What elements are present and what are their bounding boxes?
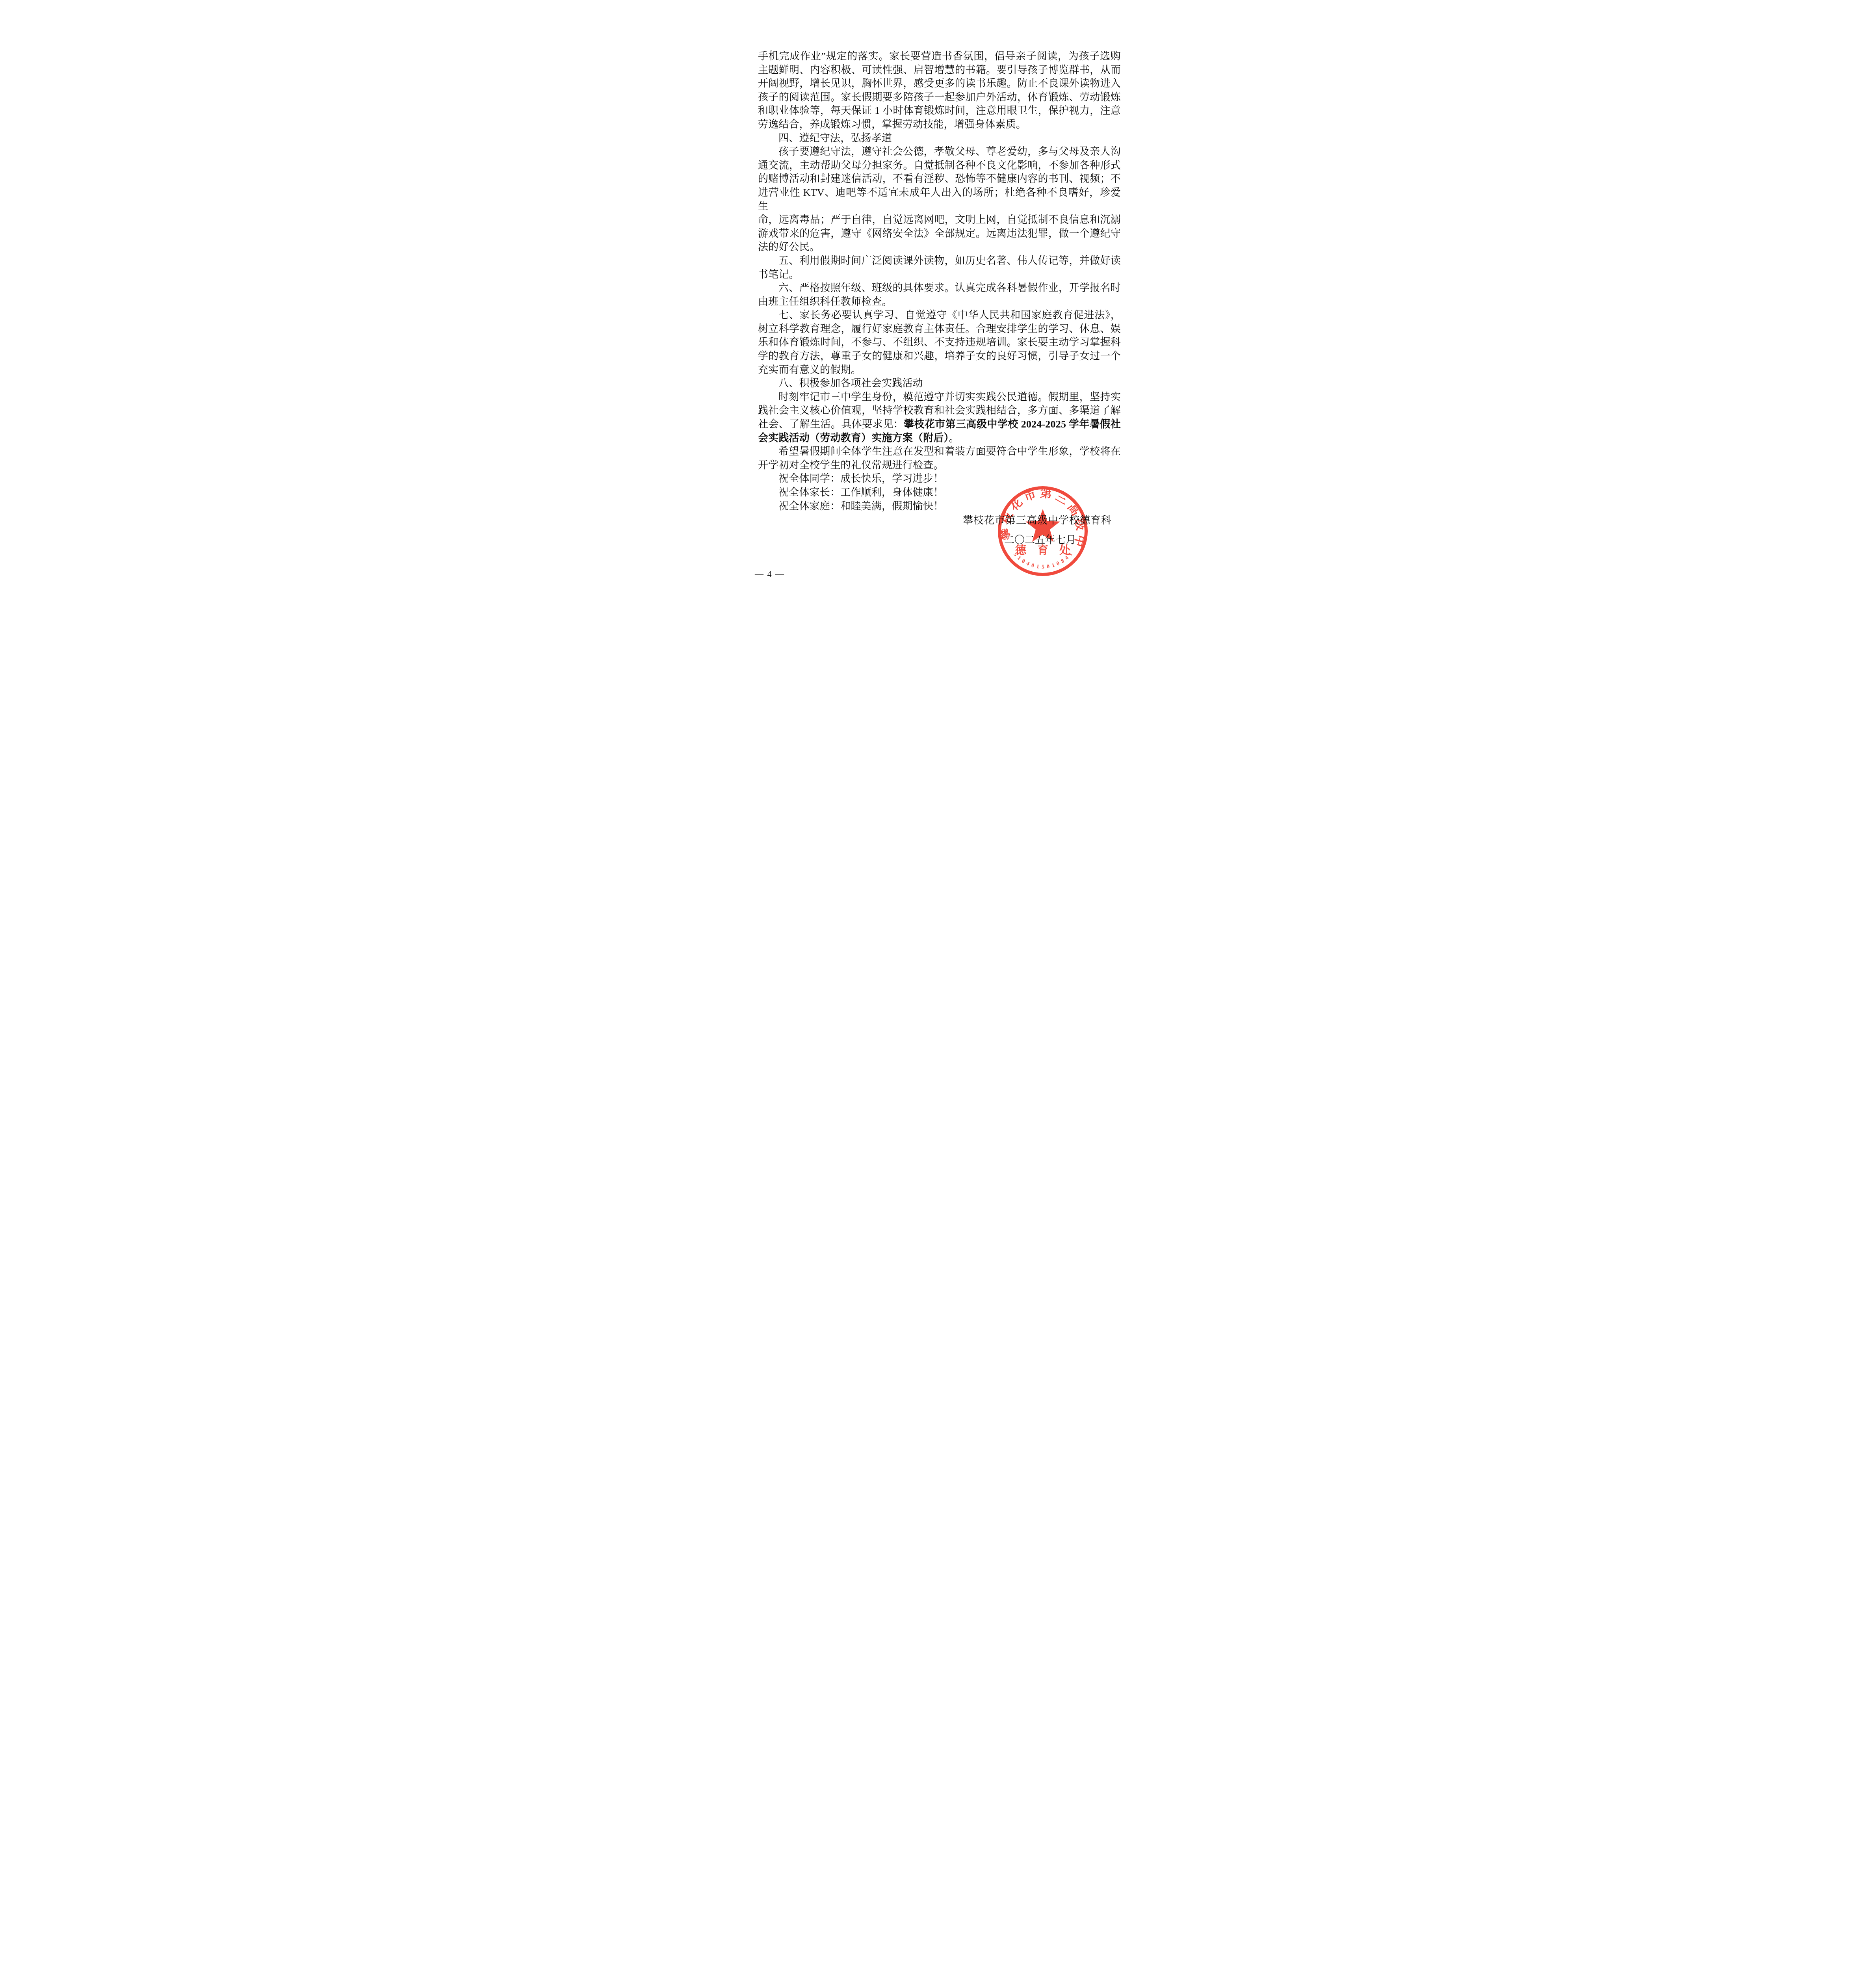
text-run: 树立科学教育理念，履行好家庭教育主体责任。合理安排学生的学习、休息、娱 (758, 323, 1121, 335)
text-line: 社会、了解生活。具体要求见：攀枝花市第三高级中学校 2024-2025 学年暑假… (758, 418, 1121, 431)
text-line: 主题鲜明、内容积极、可读性强、启智增慧的书籍。要引导孩子博览群书，从而 (758, 63, 1121, 77)
text-run: 主题鲜明、内容积极、可读性强、启智增慧的书籍。要引导孩子博览群书，从而 (758, 64, 1121, 76)
text-line: 和职业体验等，每天保证 1 小时体育锻炼时间，注意用眼卫生，保护视力，注意 (758, 104, 1121, 118)
text-line: 游戏带来的危害，遵守《网络安全法》全部规定。远离违法犯罪，做一个遵纪守 (758, 227, 1121, 241)
text-run-bold: 攀枝花市第三高级中学校 2024-2025 学年暑假社 (904, 418, 1121, 430)
text-line: 由班主任组织科任教师检查。 (758, 295, 1121, 309)
text-run: 法的好公民。 (758, 241, 820, 253)
document-page: 手机完成作业”规定的落实。家长要营造书香氛围，倡导亲子阅读，为孩子选购主题鲜明、… (721, 0, 1155, 613)
text-run: 孩子的阅读范围。家长假期要多陪孩子一起参加户外活动，体育锻炼、劳动锻炼 (758, 91, 1121, 103)
text-run: 书笔记。 (758, 269, 799, 280)
text-run: 时刻牢记市三中学生身份，模范遵守并切实实践公民道德。假期里，坚持实 (778, 391, 1121, 403)
text-run: 希望暑假期间全体学生注意在发型和着装方面要符合中学生形象，学校将在 (778, 446, 1121, 457)
text-line: 法的好公民。 (758, 240, 1121, 254)
text-line: 八、积极参加各项社会实践活动 (758, 377, 1121, 390)
text-run-bold: 会实践活动（劳动教育）实施方案（附后） (758, 432, 949, 444)
text-run: 乐和体育锻炼时间，不参与、不组织、不支持违规培训。家长要主动学习掌握科 (758, 336, 1121, 348)
page-number: — 4 — (755, 569, 785, 579)
text-line: 乐和体育锻炼时间，不参与、不组织、不支持违规培训。家长要主动学习掌握科 (758, 336, 1121, 349)
text-run: 祝全体家庭：和睦美满，假期愉快！ (778, 500, 944, 512)
text-run: 充实而有意义的假期。 (758, 364, 861, 375)
text-line: 六、严格按照年级、班级的具体要求。认真完成各科暑假作业，开学报名时 (758, 281, 1121, 295)
text-line: 希望暑假期间全体学生注意在发型和着装方面要符合中学生形象，学校将在 (758, 445, 1121, 459)
text-line: 孩子的阅读范围。家长假期要多陪孩子一起参加户外活动，体育锻炼、劳动锻炼 (758, 91, 1121, 104)
text-line: 五、利用假期时间广泛阅读课外读物，如历史名著、伟人传记等，并做好读 (758, 254, 1121, 268)
text-line: 开阔视野，增长见识，胸怀世界，感受更多的读书乐趣。防止不良课外读物进入 (758, 77, 1121, 91)
text-run: 由班主任组织科任教师检查。 (758, 296, 892, 307)
text-run: 祝全体同学：成长快乐，学习进步！ (778, 473, 944, 484)
signature-date: 二〇二五年七月 (1004, 532, 1076, 546)
official-seal-stamp: 攀枝花市第三高级中学校 德育处 5104015010841 (996, 484, 1090, 578)
text-line: 孩子要遵纪守法，遵守社会公德，孝敬父母、尊老爱幼，多与父母及亲人沟 (758, 145, 1121, 159)
text-run: 游戏带来的危害，遵守《网络安全法》全部规定。远离违法犯罪，做一个遵纪守 (758, 228, 1121, 239)
text-line: 学的教育方法，尊重子女的健康和兴趣，培养子女的良好习惯，引导子女过一个 (758, 349, 1121, 363)
text-run: 。 (949, 432, 959, 444)
text-run: 七、家长务必要认真学习、自觉遵守《中华人民共和国家庭教育促进法》， (778, 309, 1121, 321)
text-run: 手机完成作业”规定的落实。家长要营造书香氛围，倡导亲子阅读，为孩子选购 (758, 50, 1121, 62)
text-line: 通交流，主动帮助父母分担家务。自觉抵制各种不良文化影响，不参加各种形式 (758, 159, 1121, 173)
text-run: 六、严格按照年级、班级的具体要求。认真完成各科暑假作业，开学报名时 (778, 282, 1121, 294)
text-run: 孩子要遵纪守法，遵守社会公德，孝敬父母、尊老爱幼，多与父母及亲人沟 (778, 146, 1121, 157)
text-run: 祝全体家长：工作顺利，身体健康！ (778, 487, 944, 498)
text-run: 通交流，主动帮助父母分担家务。自觉抵制各种不良文化影响，不参加各种形式 (758, 160, 1121, 171)
text-line: 四、遵纪守法，弘扬孝道 (758, 132, 1121, 145)
text-run: 和职业体验等，每天保证 1 小时体育锻炼时间，注意用眼卫生，保护视力，注意 (758, 105, 1121, 116)
text-run: 社会、了解生活。具体要求见： (758, 418, 904, 430)
text-run: 五、利用假期时间广泛阅读课外读物，如历史名著、伟人传记等，并做好读 (778, 255, 1121, 266)
text-run: 四、遵纪守法，弘扬孝道 (778, 132, 892, 144)
text-line: 命，远离毒品；严于自律，自觉远离网吧，文明上网，自觉抵制不良信息和沉溺 (758, 213, 1121, 227)
text-line: 进营业性 KTV、迪吧等不适宜未成年人出入的场所；杜绝各种不良嗜好，珍爱生 (758, 186, 1121, 213)
text-run: 开学初对全校学生的礼仪常规进行检查。 (758, 459, 944, 471)
text-run: 劳逸结合，养成锻炼习惯，掌握劳动技能，增强身体素质。 (758, 119, 1026, 130)
text-line: 七、家长务必要认真学习、自觉遵守《中华人民共和国家庭教育促进法》， (758, 309, 1121, 322)
text-line: 劳逸结合，养成锻炼习惯，掌握劳动技能，增强身体素质。 (758, 118, 1121, 132)
text-line: 的赌博活动和封建迷信活动，不看有淫秽、恐怖等不健康内容的书刊、视频；不 (758, 172, 1121, 186)
text-line: 树立科学教育理念，履行好家庭教育主体责任。合理安排学生的学习、休息、娱 (758, 322, 1121, 336)
notice-body: 手机完成作业”规定的落实。家长要营造书香氛围，倡导亲子阅读，为孩子选购主题鲜明、… (758, 50, 1121, 513)
text-line: 践社会主义核心价值观，坚持学校教育和社会实践相结合，多方面、多渠道了解 (758, 404, 1121, 418)
text-line: 会实践活动（劳动教育）实施方案（附后）。 (758, 431, 1121, 445)
text-line: 手机完成作业”规定的落实。家长要营造书香氛围，倡导亲子阅读，为孩子选购 (758, 50, 1121, 63)
text-run: 的赌博活动和封建迷信活动，不看有淫秽、恐怖等不健康内容的书刊、视频；不 (758, 173, 1121, 184)
text-line: 开学初对全校学生的礼仪常规进行检查。 (758, 459, 1121, 472)
text-run: 命，远离毒品；严于自律，自觉远离网吧，文明上网，自觉抵制不良信息和沉溺 (758, 214, 1121, 225)
text-line: 书笔记。 (758, 268, 1121, 282)
text-run: 开阔视野，增长见识，胸怀世界，感受更多的读书乐趣。防止不良课外读物进入 (758, 78, 1121, 89)
text-run: 学的教育方法，尊重子女的健康和兴趣，培养子女的良好习惯，引导子女过一个 (758, 350, 1121, 362)
signature-department: 攀枝花市第三高级中学校德育科 (963, 512, 1112, 527)
text-run: 践社会主义核心价值观，坚持学校教育和社会实践相结合，多方面、多渠道了解 (758, 405, 1121, 416)
text-line: 充实而有意义的假期。 (758, 363, 1121, 377)
text-run: 进营业性 KTV、迪吧等不适宜未成年人出入的场所；杜绝各种不良嗜好，珍爱生 (758, 187, 1121, 212)
text-line: 时刻牢记市三中学生身份，模范遵守并切实实践公民道德。假期里，坚持实 (758, 390, 1121, 404)
text-run: 八、积极参加各项社会实践活动 (778, 377, 923, 389)
